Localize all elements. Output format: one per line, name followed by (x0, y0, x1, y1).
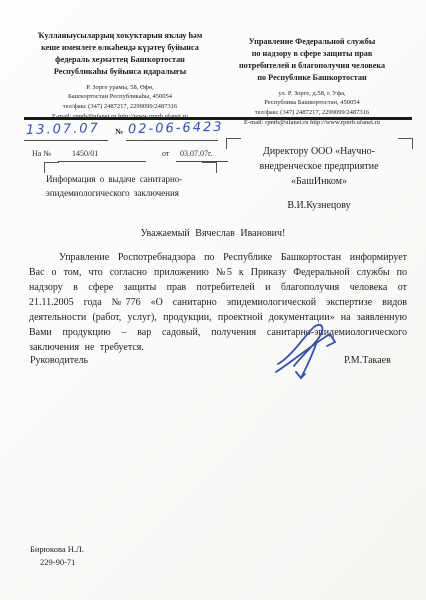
number-sign: № (115, 127, 123, 136)
header-left-block: Ҡулланыусыларҙың хоҡуҡтарын яҡлау һәм ке… (22, 30, 218, 122)
header-right-block: Управление Федеральной службы по надзору… (214, 36, 410, 128)
address-line: Башҡортостан Республикаһы, 450054 (22, 92, 218, 102)
org-address-bashkir: Р. Зорге урамы, 58, Өфө, Башҡортостан Ре… (22, 83, 218, 122)
na-no-value: 1450/01 (72, 149, 98, 158)
date-underline (24, 140, 108, 141)
handwritten-date: 13.07.07 (26, 121, 100, 138)
ot-label: от (162, 149, 169, 158)
address-line: Республика Башкортостан, 450054 (214, 98, 410, 108)
recipient-person: В.И.Кузнецову (227, 200, 411, 211)
handwritten-number: 02-06-6423 (128, 120, 224, 137)
recipient-org: Директору ООО «Научно- внедренческое пре… (227, 144, 411, 189)
signer-name: Р.М.Такаев (344, 355, 391, 366)
number-underline (126, 140, 218, 141)
signer-position: Руководитель (30, 355, 88, 366)
contact-phone: 229-90-71 (30, 556, 84, 569)
salutation: Уважаемый Вячеслав Иванович! (0, 228, 426, 239)
footer-contact: Бирюкова Н.Л. 229-90-71 (30, 543, 84, 569)
address-line: Р. Зорге урамы, 58, Өфө, (22, 83, 218, 93)
org-title-russian: Управление Федеральной службы по надзору… (214, 36, 410, 84)
handwritten-signature (272, 320, 352, 388)
subject-line: Информация о выдаче санитарно- эпидемиол… (46, 172, 222, 201)
org-address-russian: ул. Р. Зорге, д.58, г. Уфа, Республика Б… (214, 89, 410, 128)
na-no-label: На № (32, 149, 51, 158)
contact-name: Бирюкова Н.Л. (30, 543, 84, 556)
address-line: ул. Р. Зорге, д.58, г. Уфа, (214, 89, 410, 99)
address-line: тел/факс (347) 2487217, 2299099/2487316 (22, 102, 218, 112)
scanned-letter: Ҡулланыусыларҙың хоҡуҡтарын яҡлау һәм ке… (0, 0, 426, 600)
org-title-bashkir: Ҡулланыусыларҙың хоҡуҡтарын яҡлау һәм ке… (22, 30, 218, 78)
na-no-underline (58, 161, 146, 162)
ot-value: 03.07.07г. (180, 149, 212, 158)
